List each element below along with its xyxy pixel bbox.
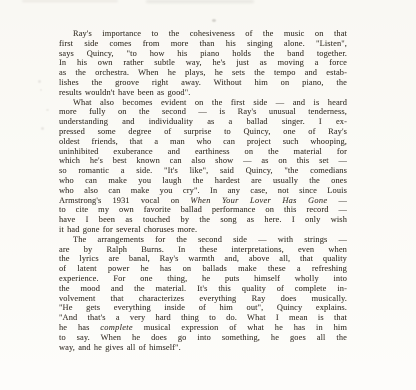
scan-artifact-speck bbox=[41, 127, 44, 130]
scan-artifact-speck bbox=[40, 89, 42, 91]
text-line: says Quincy, "to how his piano holds the… bbox=[59, 49, 347, 59]
text-line: more fully on the second — is Ray's unus… bbox=[59, 107, 347, 117]
text-line: What also becomes evident on the first s… bbox=[59, 98, 347, 108]
scanned-page: Ray's importance to the cohesiveness of … bbox=[0, 0, 416, 390]
text-line: Armstrong's 1931 vocal on When Your Love… bbox=[59, 196, 347, 206]
text-line: way, and he gives all of himself". bbox=[59, 343, 347, 353]
text-line: as the orchestra. When he plays, he sets… bbox=[59, 68, 347, 78]
text-line: volvement that characterizes everything … bbox=[59, 294, 347, 304]
scan-artifact-speck bbox=[38, 80, 41, 83]
text-line: who also can make you cry". In any case,… bbox=[59, 186, 347, 196]
text-line: have I been as touched by the song as he… bbox=[59, 215, 347, 225]
text-line: In his own rather subtle way, he's just … bbox=[59, 58, 347, 68]
text-line: first side comes from more than his sing… bbox=[59, 39, 347, 49]
text-line: oldest friends, that a man who can proje… bbox=[59, 137, 347, 147]
scan-artifact-speck bbox=[46, 109, 49, 111]
text-line: "And that's a very hard thing to do. Wha… bbox=[59, 313, 347, 323]
text-line: experience. For one thing, he puts himse… bbox=[59, 274, 347, 284]
text-line: uninhibited exuberance and earthiness on… bbox=[59, 147, 347, 157]
scan-artifact-top-smudge bbox=[146, 0, 254, 3]
text-line: the lyrics are banal, Ray's warmth and, … bbox=[59, 254, 347, 264]
text-line: are by Ralph Burns. In these interpretat… bbox=[59, 245, 347, 255]
text-line: to cite my own favorite ballad performan… bbox=[59, 205, 347, 215]
text-line: understanding and individuality as a bal… bbox=[59, 117, 347, 127]
text-line: "He gets everything inside of him out", … bbox=[59, 303, 347, 313]
text-line: of latent power he has on ballads make t… bbox=[59, 264, 347, 274]
liner-notes-text-block: Ray's importance to the cohesiveness of … bbox=[59, 29, 347, 352]
text-line: Ray's importance to the cohesiveness of … bbox=[59, 29, 347, 39]
text-line: The arrangements for the second side — w… bbox=[59, 235, 347, 245]
text-line: the mood and the material. It's this qua… bbox=[59, 284, 347, 294]
text-line: results wouldn't have been as good". bbox=[59, 88, 347, 98]
text-line: pressed some degree of surprise to Quinc… bbox=[59, 127, 347, 137]
text-line: so romantic a side. "It's like", said Qu… bbox=[59, 166, 347, 176]
text-line: which he's best known can also show — as… bbox=[59, 156, 347, 166]
text-line: who can make you laugh the hardest are u… bbox=[59, 176, 347, 186]
text-line: he has complete musical expression of wh… bbox=[59, 323, 347, 333]
text-line: to say. When he does go into something, … bbox=[59, 333, 347, 343]
scan-artifact-speck bbox=[212, 19, 216, 22]
scan-artifact-top-smudge bbox=[22, 0, 118, 2]
text-line: it had gone for several choruses more. bbox=[59, 225, 347, 235]
text-line: lishes the groove right away. Without hi… bbox=[59, 78, 347, 88]
